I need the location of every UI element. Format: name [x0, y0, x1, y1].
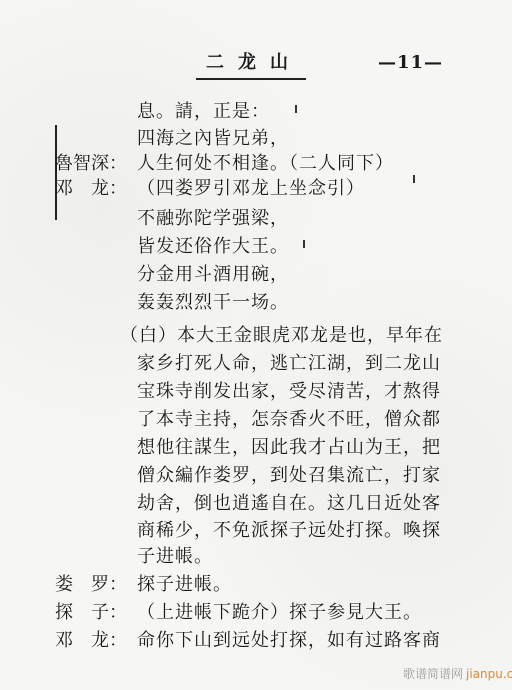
dialogue-line: 命你下山到远处打探，如有过路客商: [137, 629, 441, 653]
prose-line: 子进帳。: [137, 545, 213, 569]
prose-line: （白）本大王金眼虎邓龙是也，早年在: [120, 324, 443, 348]
verse-line: 不融弥陀学强梁，: [137, 207, 289, 231]
text-line: 四海之內皆兄弟，: [137, 127, 289, 151]
prose-line: 想他往謀生，因此我才占山为王，把: [137, 436, 441, 460]
dialogue-line: 人生何处不相逢。（二人同下）: [137, 152, 394, 176]
speaker-label: 魯智深：: [55, 152, 127, 176]
prose-line: 家乡打死人命，逃亡江湖，到二龙山: [137, 352, 441, 376]
scan-speck: [303, 240, 305, 248]
dialogue-line: （四娄罗引邓龙上坐念引）: [137, 177, 365, 201]
scan-speck: [295, 105, 297, 113]
verse-line: 轰轰烈烈干一场。: [137, 291, 289, 315]
prose-line: 了本寺主持，怎奈香火不旺，僧众都: [137, 408, 441, 432]
page-number: —11—: [378, 52, 443, 74]
prose-line: 商稀少，不免派探子远处打探。喚探: [137, 519, 441, 543]
verse-line: 分金用斗酒用碗，: [137, 263, 289, 287]
prose-line: 僧众編作娄罗，到处召集流亡，打家: [137, 464, 441, 488]
site-watermark: 歌谱简谱网jianpu.cn: [403, 665, 512, 682]
watermark-domain: jianpu.cn: [466, 667, 512, 681]
play-title: 二龙山: [196, 52, 306, 80]
dialogue-line: 探子进帳。: [137, 573, 232, 597]
speaker-label: 邓 龙：: [55, 177, 127, 201]
text-line: 息。請，正是：: [137, 100, 270, 124]
speaker-label: 探 子：: [55, 601, 127, 625]
watermark-site-name: 歌谱简谱网: [403, 667, 463, 681]
prose-line: 劫舍，倒也逍遙自在。这几日近处客: [137, 492, 441, 516]
prose-line: 宝珠寺削发出家，受尽清苦，才熬得: [137, 380, 441, 404]
speaker-label: 邓 龙：: [55, 629, 127, 653]
scan-speck: [413, 175, 415, 183]
verse-line: 皆发还俗作大王。: [137, 235, 289, 259]
speaker-label: 娄 罗：: [55, 573, 127, 597]
scanned-page: 二龙山 —11— 息。請，正是： 四海之內皆兄弟， 魯智深： 人生何处不相逢。（…: [0, 0, 512, 690]
dialogue-line: （上进帳下跪介）探子参見大王。: [137, 601, 422, 625]
page-header: 二龙山 —11—: [196, 52, 456, 82]
